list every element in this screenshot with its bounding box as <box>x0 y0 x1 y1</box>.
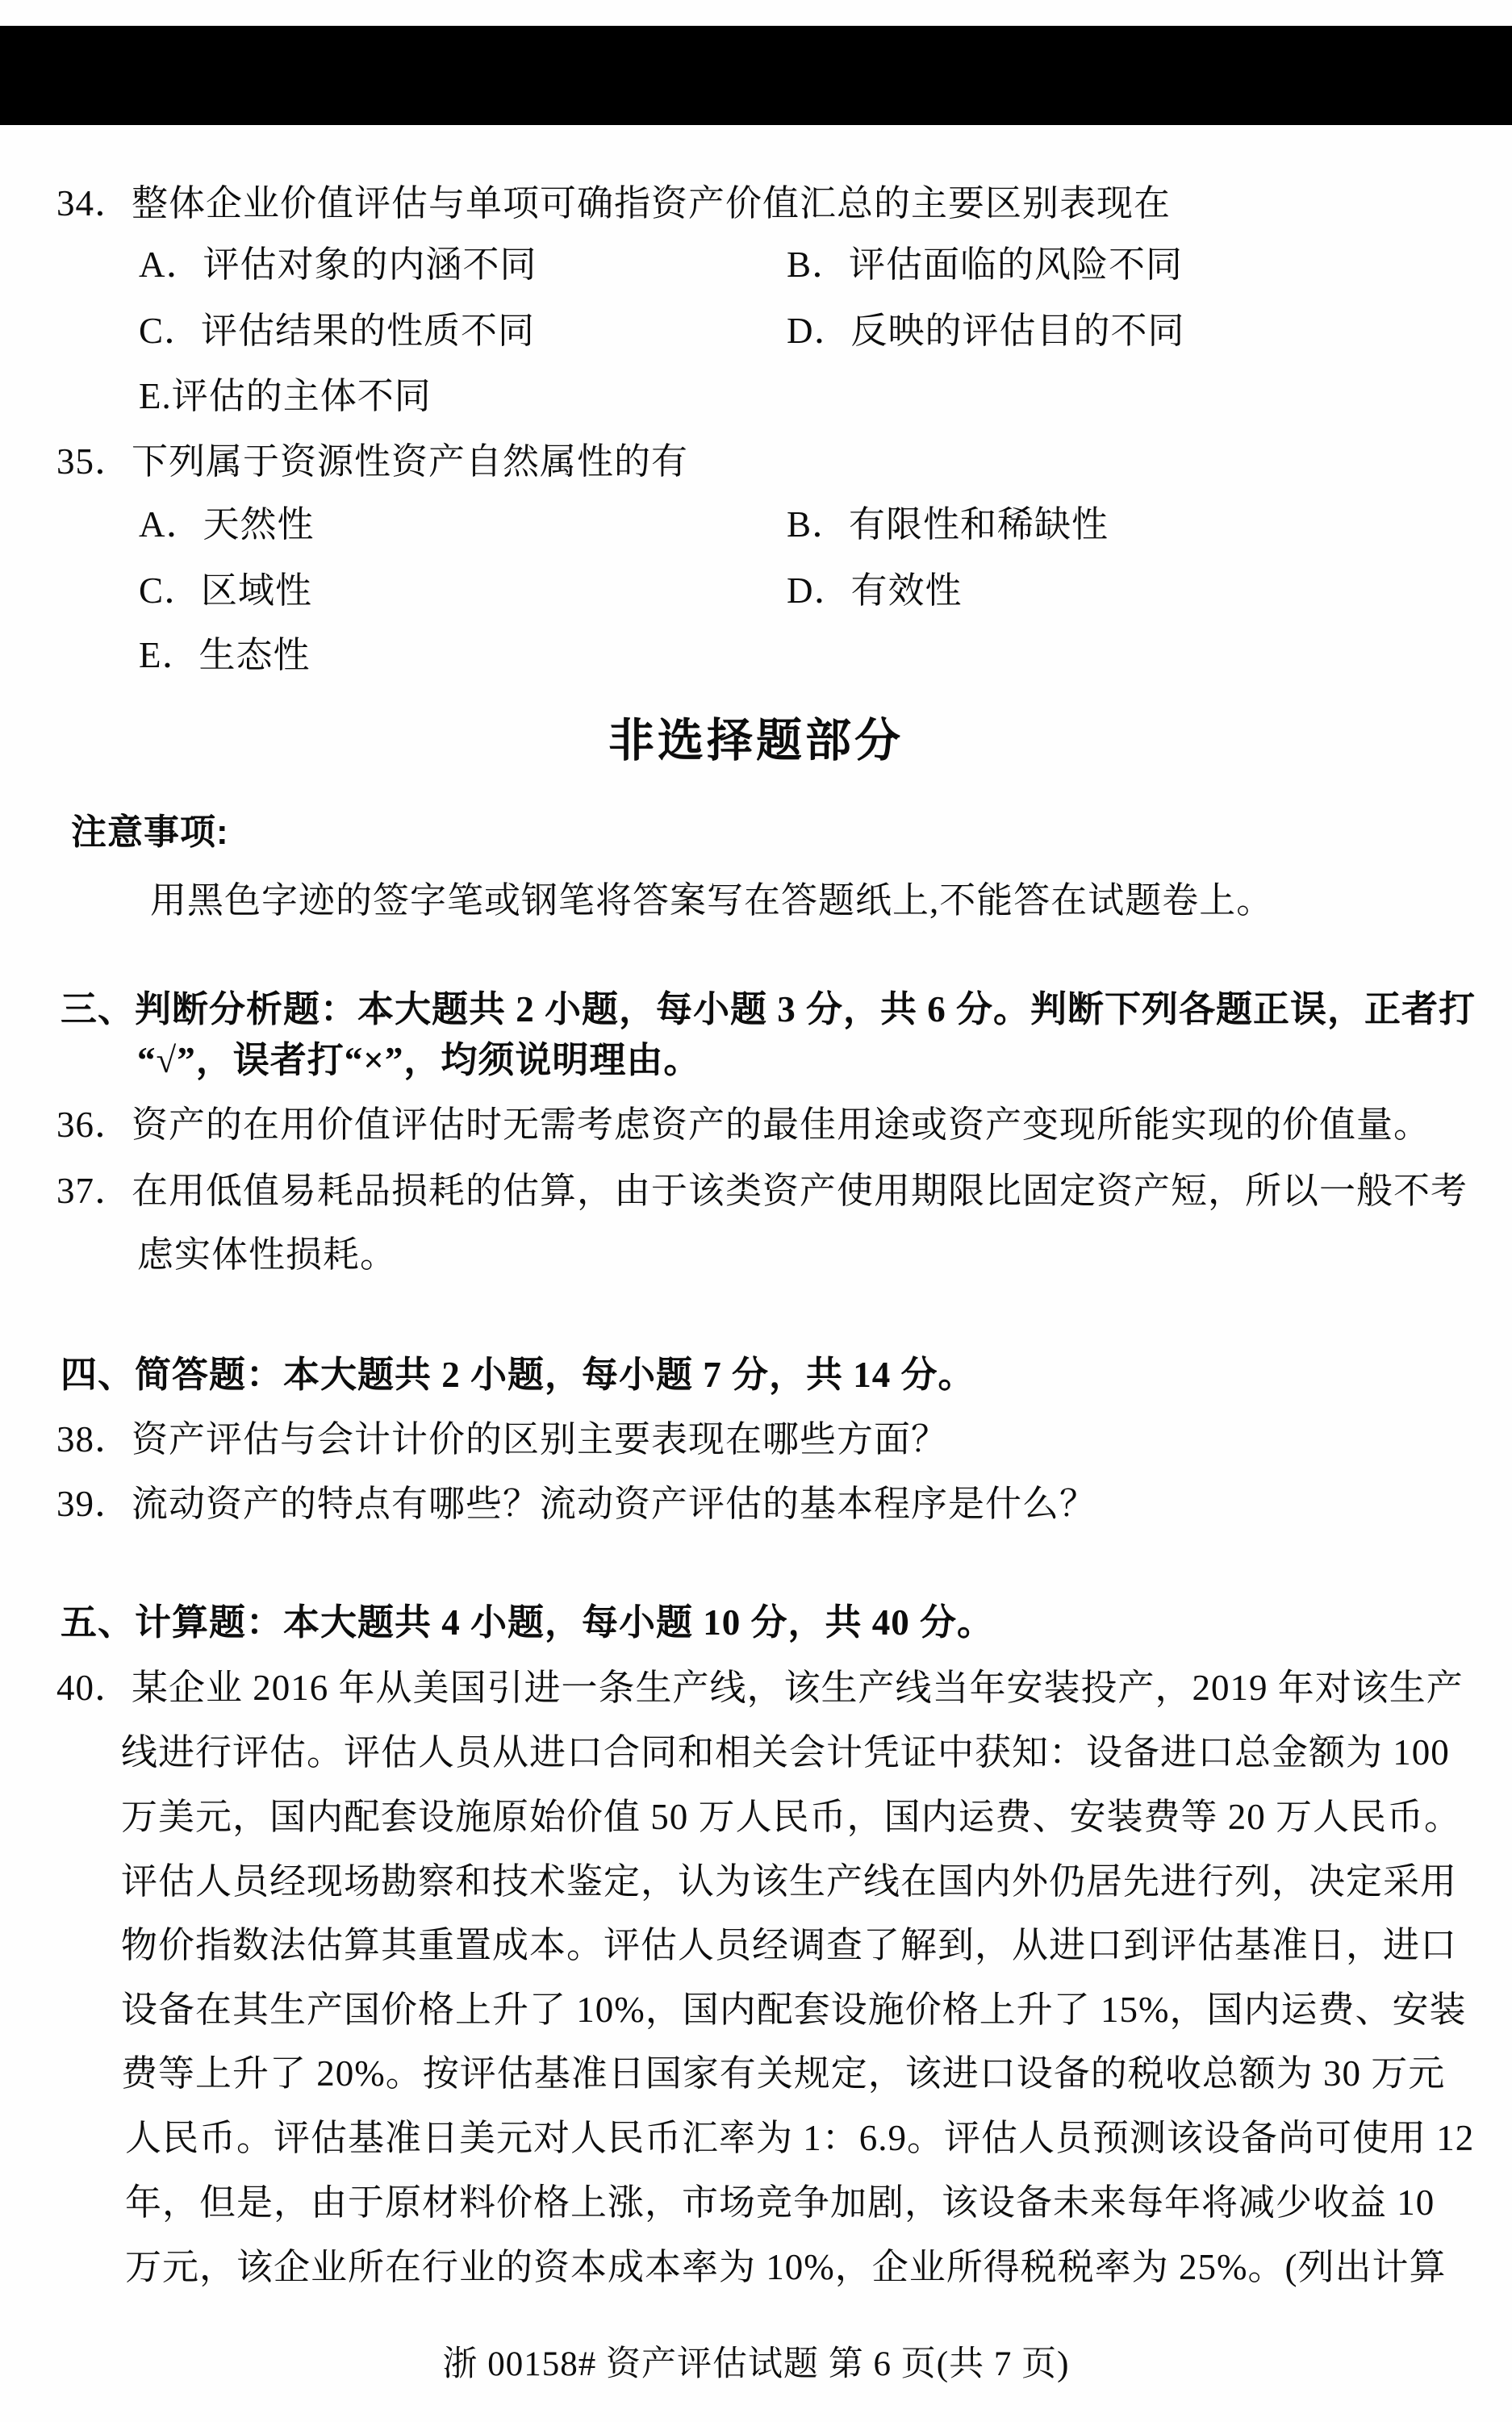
question-39-text: 流动资产的特点有哪些？流动资产评估的基本程序是什么？ <box>132 1484 1096 1524</box>
question-35-number: 35． <box>56 442 132 482</box>
q34-option-e-text: 评估的主体不同 <box>172 376 432 416</box>
section-3-heading-line1: 三、判断分析题：本大题共 2 小题，每小题 3 分，共 6 分。判断下列各题正误… <box>61 990 1476 1030</box>
question-40-line8: 人民币。评估基准日美元对人民币汇率为 1：6.9。评估人员预测该设备尚可使用 1… <box>125 2119 1474 2159</box>
question-34-number: 34． <box>56 184 132 224</box>
question-37-line1: 37．在用低值易耗品损耗的估算，由于该类资产使用期限比固定资产短，所以一般不考 <box>56 1171 1468 1212</box>
q35-option-d-label: D． <box>787 571 851 612</box>
question-38: 38．资产评估与会计计价的区别主要表现在哪些方面？ <box>56 1420 948 1460</box>
q34-option-e-label: E. <box>139 377 172 417</box>
question-36: 36．资产的在用价值评估时无需考虑资产的最佳用途或资产变现所能实现的价值量。 <box>56 1105 1431 1146</box>
question-34-stem: 34．整体企业价值评估与单项可确指资产价值汇总的主要区别表现在 <box>56 184 1171 224</box>
q34-option-b-text: 评估面临的风险不同 <box>849 244 1183 285</box>
q35-option-a-label: A． <box>139 505 203 545</box>
question-37-text-line1: 在用低值易耗品损耗的估算，由于该类资产使用期限比固定资产短，所以一般不考 <box>132 1171 1468 1211</box>
question-40-line6: 设备在其生产国价格上升了 10%，国内配套设施价格上升了 15%，国内运费、安装 <box>121 1990 1466 2031</box>
question-38-text: 资产评估与会计计价的区别主要表现在哪些方面？ <box>132 1419 948 1459</box>
q34-option-d-text: 反映的评估目的不同 <box>851 311 1185 351</box>
q34-option-c-label: C． <box>139 311 201 352</box>
q34-option-a: A．评估对象的内涵不同 <box>139 245 537 286</box>
q35-option-a: A．天然性 <box>139 505 315 545</box>
q34-option-a-label: A． <box>139 245 203 286</box>
question-39: 39．流动资产的特点有哪些？流动资产评估的基本程序是什么？ <box>56 1485 1096 1525</box>
question-40-line1: 40．某企业 2016 年从美国引进一条生产线，该生产线当年安装投产，2019 … <box>56 1668 1464 1709</box>
q35-option-d: D．有效性 <box>787 571 963 612</box>
question-40-text-line1: 某企业 2016 年从美国引进一条生产线，该生产线当年安装投产，2019 年对该… <box>132 1668 1464 1708</box>
q34-option-b-label: B． <box>787 245 849 286</box>
q34-option-e: E.评估的主体不同 <box>139 377 432 417</box>
question-36-number: 36． <box>56 1105 132 1146</box>
q35-option-d-text: 有效性 <box>851 570 963 611</box>
notice-text: 用黑色字迹的签字笔或钢笔将答案写在答题纸上,不能答在试题卷上。 <box>150 881 1273 921</box>
page-footer: 浙 00158# 资产评估试题 第 6 页(共 7 页) <box>0 2336 1512 2386</box>
q34-option-b: B．评估面临的风险不同 <box>787 245 1183 286</box>
exam-page: 34．整体企业价值评估与单项可确指资产价值汇总的主要区别表现在 A．评估对象的内… <box>0 0 1512 2422</box>
q35-option-e-text: 生态性 <box>199 635 311 675</box>
question-40-line9: 年，但是，由于原材料价格上涨，市场竞争加剧，该设备未来每年将减少收益 10 <box>125 2183 1435 2224</box>
section-5-heading: 五、计算题：本大题共 4 小题，每小题 10 分，共 40 分。 <box>61 1603 994 1643</box>
question-35-stem: 35．下列属于资源性资产自然属性的有 <box>56 442 688 482</box>
section-3-heading-line2: “√”，误者打“×”，均须说明理由。 <box>137 1041 700 1081</box>
question-40-line5: 物价指数法估算其重置成本。评估人员经调查了解到，从进口到评估基准日，进口 <box>121 1926 1457 1966</box>
q35-option-c: C．区域性 <box>139 571 312 612</box>
q34-option-d-label: D． <box>787 311 851 352</box>
q34-option-c: C．评估结果的性质不同 <box>139 311 535 352</box>
question-37-line2: 虑实体性损耗。 <box>137 1235 397 1276</box>
scan-black-bar <box>0 26 1512 125</box>
q35-option-c-label: C． <box>139 571 201 612</box>
question-38-number: 38． <box>56 1420 132 1460</box>
question-40-line10: 万元，该企业所在行业的资本成本率为 10%，企业所得税税率为 25%。(列出计算 <box>125 2248 1446 2288</box>
q35-option-a-text: 天然性 <box>203 504 315 545</box>
q35-option-b-text: 有限性和稀缺性 <box>849 504 1109 545</box>
question-40-line2: 线进行评估。评估人员从进口合同和相关会计凭证中获知：设备进口总金额为 100 <box>121 1733 1450 1773</box>
section-4-heading: 四、简答题：本大题共 2 小题，每小题 7 分，共 14 分。 <box>61 1355 975 1396</box>
q34-option-d: D．反映的评估目的不同 <box>787 311 1185 352</box>
q35-option-b-label: B． <box>787 505 849 545</box>
q35-option-e: E．生态性 <box>139 636 311 676</box>
question-40-line7: 费等上升了 20%。按评估基准日国家有关规定，该进口设备的税收总额为 30 万元 <box>121 2054 1445 2094</box>
q35-option-c-text: 区域性 <box>201 570 312 611</box>
question-39-number: 39． <box>56 1485 132 1525</box>
nonchoice-section-title: 非选择题部分 <box>0 704 1512 770</box>
q34-option-c-text: 评估结果的性质不同 <box>201 311 535 351</box>
question-40-line3: 万美元，国内配套设施原始价值 50 万人民币，国内运费、安装费等 20 万人民币… <box>121 1798 1461 1838</box>
question-35-text: 下列属于资源性资产自然属性的有 <box>132 442 688 482</box>
q34-option-a-text: 评估对象的内涵不同 <box>203 244 537 285</box>
question-40-number: 40． <box>56 1668 132 1709</box>
question-40-line4: 评估人员经现场勘察和技术鉴定，认为该生产线在国内外仍居先进行列，决定采用 <box>121 1862 1457 1902</box>
question-36-text: 资产的在用价值评估时无需考虑资产的最佳用途或资产变现所能实现的价值量。 <box>132 1105 1431 1145</box>
q35-option-b: B．有限性和稀缺性 <box>787 505 1109 545</box>
question-34-text: 整体企业价值评估与单项可确指资产价值汇总的主要区别表现在 <box>132 184 1171 224</box>
question-37-number: 37． <box>56 1171 132 1212</box>
q35-option-e-label: E． <box>139 636 199 676</box>
notice-label: 注意事项: <box>71 813 229 852</box>
